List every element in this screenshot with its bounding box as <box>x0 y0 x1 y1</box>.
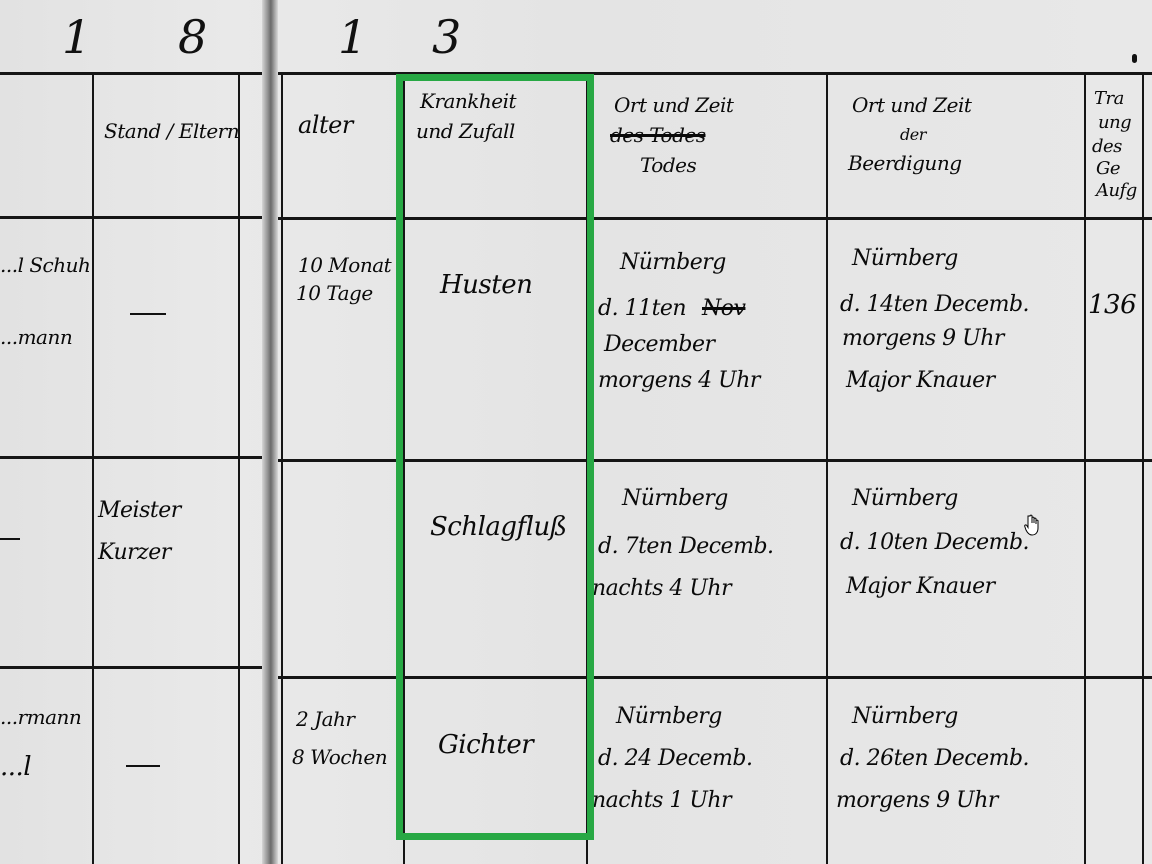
year-digit-1: 1 <box>62 10 91 64</box>
col-divider <box>826 72 828 864</box>
rule-header-top-left <box>0 72 262 75</box>
row3-beerdigung-line3: morgens 9 Uhr <box>836 784 998 818</box>
row1-beerdigung-line3: morgens 9 Uhr <box>842 322 1004 356</box>
col-divider <box>92 72 94 864</box>
row2-left-dash <box>0 538 20 540</box>
row2-stand-line2: Kurzer <box>98 536 171 570</box>
register-page: 1 8 1 3 Stand / Eltern alter Krankheit u… <box>0 0 1152 864</box>
col-divider <box>281 74 283 864</box>
header-tod-line3: Todes <box>640 152 696 178</box>
row1-entry-number: 136 <box>1088 288 1136 322</box>
year-digit-3: 1 <box>338 10 367 64</box>
rule-row3-top-left <box>0 666 262 669</box>
row3-tod-line2: d. 24 Decemb. <box>598 742 753 776</box>
header-stand: Stand / Eltern <box>104 118 239 144</box>
book-gutter <box>262 0 278 864</box>
row1-name-partial: ...l Schuh <box>0 248 90 282</box>
row2-tod-line2: d. 7ten Decemb. <box>598 530 774 564</box>
header-beerdigung-line3: Beerdigung <box>848 150 962 176</box>
row3-alter-line1: 2 Jahr <box>296 702 354 736</box>
row1-stand-dash <box>130 313 166 315</box>
row2-stand-line1: Meister <box>98 494 181 528</box>
row3-name-partial-2: ...l <box>0 750 31 784</box>
row3-beerdigung-line1: Nürnberg <box>852 700 958 734</box>
rule-row1-top-left <box>0 216 262 219</box>
header-tod-line1: Ort und Zeit <box>614 92 733 118</box>
row1-beerdigung-line4: Major Knauer <box>846 364 995 398</box>
row1-tod-line3: December <box>604 328 714 362</box>
year-digit-4: 3 <box>432 10 461 64</box>
row2-tod-line1: Nürnberg <box>622 482 728 516</box>
row1-beerdigung-line2: d. 14ten Decemb. <box>840 288 1029 322</box>
header-tod-line2-struck: des Todes <box>610 122 706 148</box>
row2-tod-line3: nachts 4 Uhr <box>592 572 731 606</box>
header-alter: alter <box>298 112 353 138</box>
hand-pointer-cursor-icon <box>1024 514 1042 536</box>
row3-beerdigung-line2: d. 26ten Decemb. <box>840 742 1029 776</box>
year-digit-2: 8 <box>178 10 207 64</box>
row3-stand-dash <box>126 765 160 767</box>
row3-tod-line1: Nürnberg <box>616 700 722 734</box>
row2-beerdigung-line1: Nürnberg <box>852 482 958 516</box>
column-highlight-box <box>396 74 594 840</box>
row1-tod-line1: Nürnberg <box>620 246 726 280</box>
row1-tod-line4: morgens 4 Uhr <box>598 364 760 398</box>
header-right-partial: Tra ung des Ge Aufg <box>1090 88 1142 208</box>
header-beerdigung-line2: der <box>900 122 926 148</box>
col-divider <box>1142 72 1144 864</box>
col-divider <box>238 72 240 864</box>
row1-beerdigung-line1: Nürnberg <box>852 242 958 276</box>
rule-row2-top-left <box>0 456 262 459</box>
ink-dot <box>1132 54 1137 63</box>
row3-alter-line2: 8 Wochen <box>292 740 387 774</box>
row1-name-partial-2: ...mann <box>0 320 72 354</box>
row1-tod-line2-struck: Nov <box>702 292 745 326</box>
col-divider <box>1084 72 1086 864</box>
row2-beerdigung-line3: Major Knauer <box>846 570 995 604</box>
header-beerdigung-line1: Ort und Zeit <box>852 92 971 118</box>
row2-beerdigung-line2: d. 10ten Decemb. <box>840 526 1029 560</box>
row1-alter-line2: 10 Tage <box>296 276 373 310</box>
row3-tod-line3: nachts 1 Uhr <box>592 784 731 818</box>
row1-tod-line2: d. 11ten <box>598 292 686 326</box>
row3-name-partial: ...rmann <box>0 700 81 734</box>
